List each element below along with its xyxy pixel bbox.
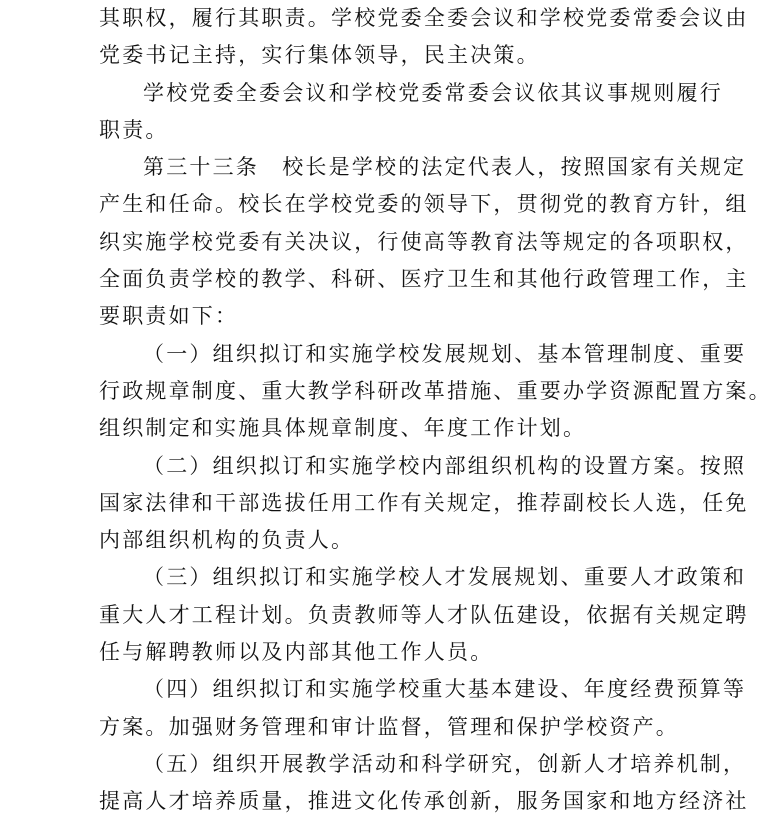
- text-line: 其职权，履行其职责。学校党委全委会议和学校党委常委会议由: [99, 0, 691, 37]
- text-line: 任与解聘教师以及内部其他工作人员。: [99, 634, 691, 671]
- text-line: 织实施学校党委有关决议，行使高等教育法等规定的各项职权，: [99, 224, 691, 261]
- text-line: 要职责如下：: [99, 298, 691, 335]
- list-item-3-line: （三）组织拟订和实施学校人才发展规划、重要人才政策和: [99, 559, 691, 596]
- text-line: 行政规章制度、重大教学科研改革措施、重要办学资源配置方案。: [99, 373, 691, 410]
- text-line: 产生和任命。校长在学校党委的领导下，贯彻党的教育方针，组: [99, 186, 691, 223]
- text-line: 职责。: [99, 112, 691, 149]
- list-item-4-line: （四）组织拟订和实施学校重大基本建设、年度经费预算等: [99, 671, 691, 708]
- text-line: 方案。加强财务管理和审计监督，管理和保护学校资产。: [99, 709, 691, 746]
- text-line: 提高人才培养质量，推进文化传承创新，服务国家和地方经济社: [99, 783, 691, 820]
- text-line: 学校党委全委会议和学校党委常委会议依其议事规则履行: [99, 75, 691, 112]
- document-page: 其职权，履行其职责。学校党委全委会议和学校党委常委会议由 党委书记主持，实行集体…: [99, 0, 691, 821]
- text-line: 全面负责学校的教学、科研、医疗卫生和其他行政管理工作，主: [99, 261, 691, 298]
- text-line: 党委书记主持，实行集体领导，民主决策。: [99, 37, 691, 74]
- text-line: 内部组织机构的负责人。: [99, 522, 691, 559]
- list-item-5-line: （五）组织开展教学活动和科学研究，创新人才培养机制，: [99, 746, 691, 783]
- list-item-1-line: （一）组织拟订和实施学校发展规划、基本管理制度、重要: [99, 336, 691, 373]
- text-line: 组织制定和实施具体规章制度、年度工作计划。: [99, 410, 691, 447]
- list-item-2-line: （二）组织拟订和实施学校内部组织机构的设置方案。按照: [99, 448, 691, 485]
- text-line: 重大人才工程计划。负责教师等人才队伍建设，依据有关规定聘: [99, 597, 691, 634]
- article-heading-line: 第三十三条 校长是学校的法定代表人，按照国家有关规定: [99, 149, 691, 186]
- text-line: 国家法律和干部选拔任用工作有关规定，推荐副校长人选，任免: [99, 485, 691, 522]
